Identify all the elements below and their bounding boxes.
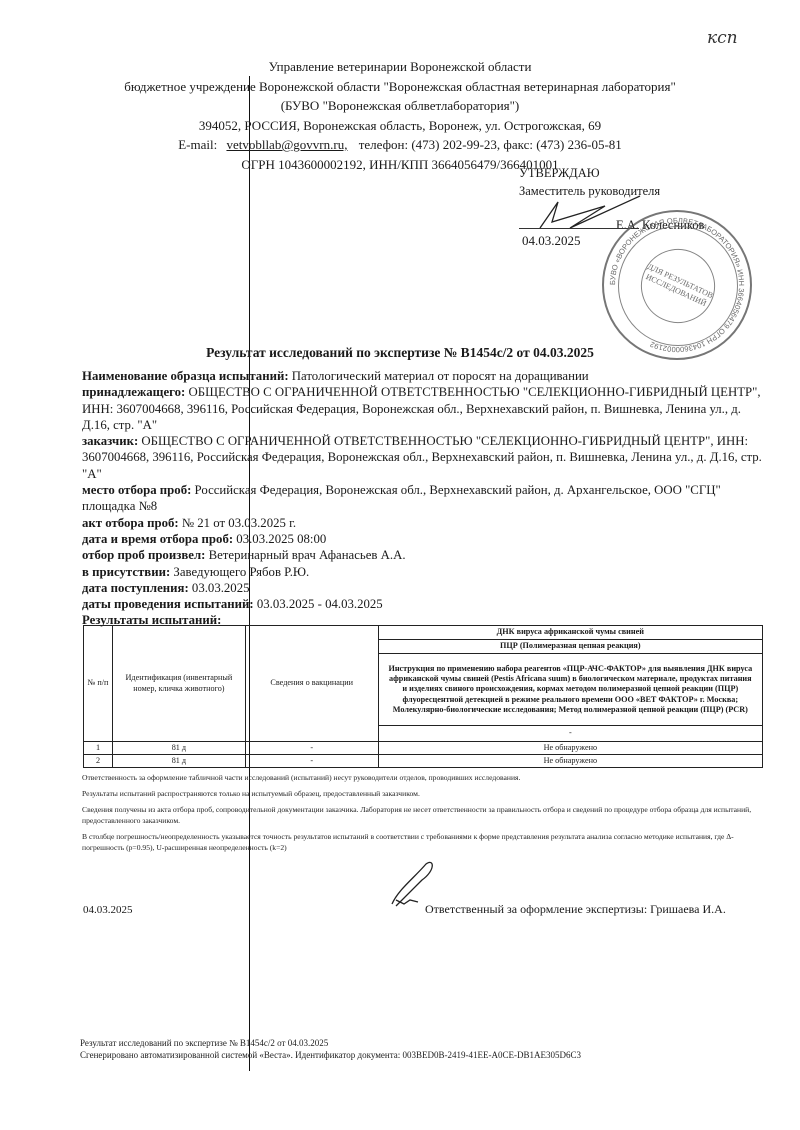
table-row: 2 81 д - Не обнаружено — [84, 755, 763, 768]
result-cell: Не обнаружено — [378, 742, 762, 755]
document-title: Результат исследований по экспертизе № В… — [0, 345, 800, 361]
results-table: № п/п Идентификация (инвентарный номер, … — [83, 625, 763, 768]
signoff-date: 04.03.2025 — [83, 904, 133, 916]
header-identification: Идентификация (инвентарный номер, кличка… — [112, 626, 245, 742]
email-label: E-mail: — [178, 137, 217, 152]
org-header: Управление ветеринарии Воронежской облас… — [0, 57, 800, 174]
field-owner: принадлежащего: ОБЩЕСТВО С ОГРАНИЧЕННОЙ … — [82, 384, 772, 433]
disclaimer-notes: Ответственность за оформление табличной … — [82, 772, 772, 858]
note-scope: Результаты испытаний распространяются то… — [82, 788, 772, 799]
field-sampled-by: отбор проб произвел: Ветеринарный врач А… — [82, 547, 772, 563]
footer-generated-by: Сгенерировано автоматизированной системо… — [80, 1049, 581, 1061]
header-num: № п/п — [84, 626, 113, 742]
header-line-contacts: E-mail: vetvobllab@govvrn.ru, телефон: (… — [0, 135, 800, 155]
field-sampling-place: место отбора проб: Российская Федерация,… — [82, 482, 772, 515]
field-sampling-act: акт отбора проб: № 21 от 03.03.2025 г. — [82, 515, 772, 531]
note-uncertainty: В столбце погрешность/неопределенность у… — [82, 831, 772, 853]
footer-doc-ref: Результат исследований по экспертизе № В… — [80, 1037, 581, 1049]
result-cell: Не обнаружено — [378, 755, 762, 768]
sample-details: Наименование образца испытаний: Патологи… — [82, 368, 772, 629]
header-line-institution: бюджетное учреждение Воронежской области… — [0, 77, 800, 97]
note-responsibility: Ответственность за оформление табличной … — [82, 772, 772, 783]
field-sample-name: Наименование образца испытаний: Патологи… — [82, 368, 772, 384]
header-line-registration: ОГРН 1043600002192, ИНН/КПП 3664056479/3… — [0, 155, 800, 175]
table-row: 1 81 д - Не обнаружено — [84, 742, 763, 755]
svg-text:БУВО «ВОРОНЕЖСКАЯ ОБЛВЕТЛАБОРА: БУВО «ВОРОНЕЖСКАЯ ОБЛВЕТЛАБОРАТОРИЯ» ИНН… — [608, 216, 746, 354]
official-stamp: ДЛЯ РЕЗУЛЬТАТОВ ИССЛЕДОВАНИЙ БУВО «ВОРОН… — [602, 210, 752, 360]
field-customer: заказчик: ОБЩЕСТВО С ОГРАНИЧЕННОЙ ОТВЕТС… — [82, 433, 772, 482]
phone-fax: телефон: (473) 202-99-23, факс: (473) 23… — [359, 137, 622, 152]
page-footer: Результат исследований по экспертизе № В… — [80, 1037, 581, 1061]
field-in-presence: в присутствии: Заведующего Рябов Р.Ю. — [82, 564, 772, 580]
header-method: ПЦР (Полимеразная цепная реакция) — [378, 640, 762, 654]
header-normative-doc: Инструкция по применению набора реагенто… — [378, 654, 762, 726]
handwritten-corner-mark: ксп — [707, 28, 738, 48]
field-sampling-datetime: дата и время отбора проб: 03.03.2025 08:… — [82, 531, 772, 547]
header-line-authority: Управление ветеринарии Воронежской облас… — [0, 57, 800, 77]
signoff-responsible: Ответственный за оформление экспертизы: … — [425, 902, 726, 917]
header-norm: - — [378, 726, 762, 742]
header-line-address: 394052, РОССИЯ, Воронежская область, Вор… — [0, 116, 800, 136]
approval-heading: УТВЕРЖДАЮ — [519, 164, 660, 182]
approval-date: 04.03.2025 — [522, 232, 581, 250]
header-vaccination: Сведения о вакцинации — [245, 626, 378, 742]
header-line-abbrev: (БУВО "Воронежская облветлаборатория") — [0, 96, 800, 116]
note-source: Сведения получены из акта отбора проб, с… — [82, 804, 772, 826]
stamp-ring-text-icon: БУВО «ВОРОНЕЖСКАЯ ОБЛВЕТЛАБОРАТОРИЯ» ИНН… — [602, 210, 752, 360]
field-test-dates: даты проведения испытаний: 03.03.2025 - … — [82, 596, 772, 612]
email-link[interactable]: vetvobllab@govvrn.ru, — [226, 137, 347, 152]
header-indicator: ДНК вируса африканской чумы свиней — [378, 626, 762, 640]
field-received-date: дата поступления: 03.03.2025 — [82, 580, 772, 596]
